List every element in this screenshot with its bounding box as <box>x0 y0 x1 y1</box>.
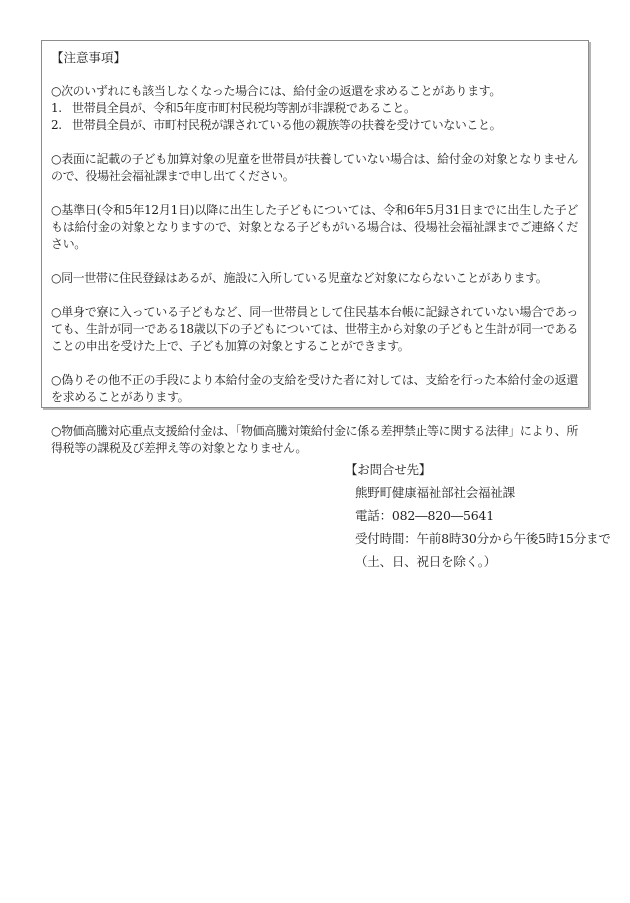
contact-title: 【お問合せ先】 <box>345 458 611 481</box>
notice-intro-paragraph: ○次のいずれにも該当しなくなった場合には、給付金の返還を求めることがあります。 <box>51 83 578 100</box>
condition-item: 2. 世帯員全員が、市町村民税が課されている他の親族等の扶養を受けていないこと。 <box>51 117 578 134</box>
notice-paragraph: ○単身で寮に入っている子どもなど、同一世帯員として住民基本台帳に記録されていない… <box>51 304 578 355</box>
condition-text: 世帯員全員が、市町村民税が課されている他の親族等の扶養を受けていないこと。 <box>63 117 501 134</box>
document-page: { "colors": { "page_background": "#fffff… <box>0 0 630 903</box>
notice-paragraph: ○偽りその他不正の手段により本給付金の支給を受けた者に対しては、支給を行った本給… <box>51 372 578 406</box>
notice-paragraph: ○基準日(令和5年12月1日)以降に出生した子どもについては、令和6年5月31日… <box>51 202 578 253</box>
notice-title: 【注意事項】 <box>51 49 578 66</box>
notice-paragraph: ○同一世帯に住民登録はあるが、施設に入所している児童など対象にならないことがあり… <box>51 270 578 287</box>
notice-paragraph: ○物価高騰対応重点支援給付金は、「物価高騰対策給付金に係る差押禁止等に関する法律… <box>51 423 578 457</box>
notice-box: 【注意事項】 ○次のいずれにも該当しなくなった場合には、給付金の返還を求めること… <box>41 40 589 408</box>
condition-number: 2. <box>51 117 63 134</box>
condition-text: 世帯員全員が、令和5年度市町村民税均等割が非課税であること。 <box>63 100 416 117</box>
contact-section: 【お問合せ先】 熊野町健康福祉部社会福祉課 電話：082―820―5641 受付… <box>345 458 611 573</box>
condition-number: 1. <box>51 100 63 117</box>
contact-hours: 受付時間：午前8時30分から午後5時15分まで <box>355 527 611 550</box>
contact-phone: 電話：082―820―5641 <box>355 504 611 527</box>
condition-item: 1. 世帯員全員が、令和5年度市町村民税均等割が非課税であること。 <box>51 100 578 117</box>
contact-department: 熊野町健康福祉部社会福祉課 <box>355 481 611 504</box>
notice-paragraph: ○表面に記載の子ども加算対象の児童を世帯員が扶養していない場合は、給付金の対象と… <box>51 151 578 185</box>
condition-list: 1. 世帯員全員が、令和5年度市町村民税均等割が非課税であること。 2. 世帯員… <box>51 100 578 134</box>
contact-closed-days: （土、日、祝日を除く。） <box>355 550 611 573</box>
